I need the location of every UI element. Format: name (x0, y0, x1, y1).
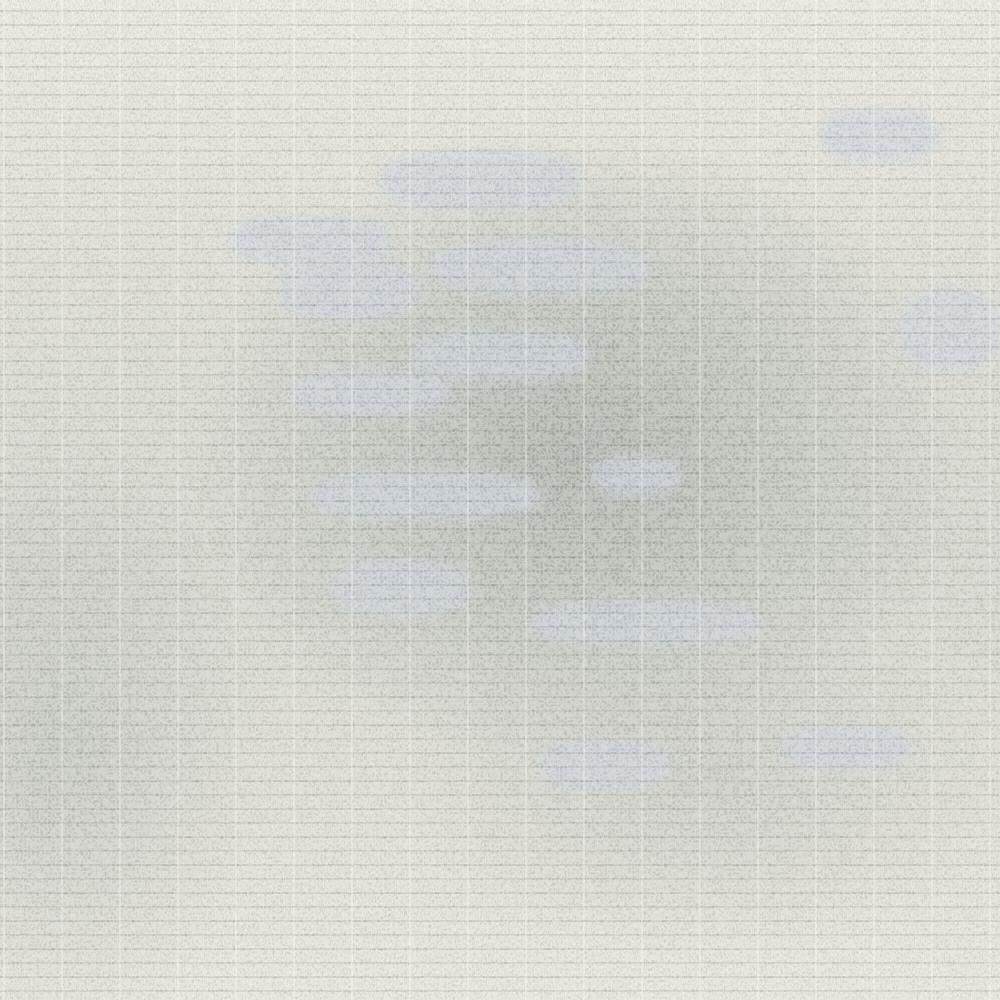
weave-texture (0, 0, 1000, 1000)
rug-texture-photo (0, 0, 1000, 1000)
